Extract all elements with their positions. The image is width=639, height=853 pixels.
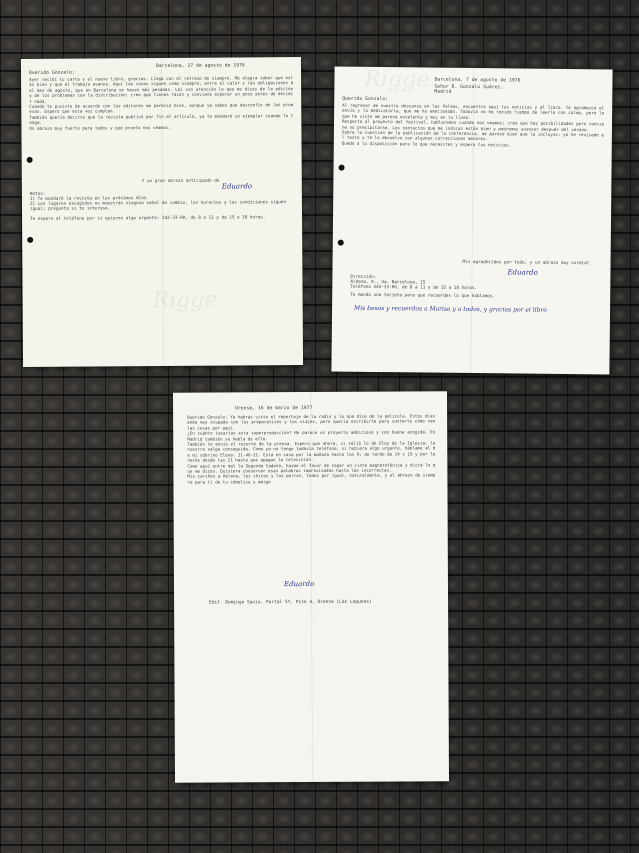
punch-hole	[27, 237, 33, 243]
punch-hole	[339, 165, 345, 171]
letter-date: Barcelona, 7 de agosto de 1976	[434, 78, 520, 84]
letter-closing: Y un gran abrazo anticipado de	[142, 179, 220, 185]
letter-salutation: Querido Gonzalo:	[29, 71, 75, 76]
letter-top-left: Rigge Barcelona, 27 de agosto de 1976 Qu…	[21, 57, 303, 367]
punch-hole	[338, 240, 344, 246]
letter-body: Querido Gonzalo: Ya habrás visto el repo…	[187, 413, 436, 579]
handwritten-signature: Eduardo	[507, 268, 537, 276]
address-line: Teléfono 242-33-00, de 8 a 11 y de 15 a …	[350, 285, 477, 292]
letter-top-right: Rigge Barcelona, 7 de agosto de 1976 Señ…	[331, 67, 612, 375]
punch-hole	[27, 157, 33, 163]
letter-date: Barcelona, 27 de agosto de 1976	[156, 63, 245, 69]
letter-salutation: Querido Gonzalo:	[342, 97, 388, 102]
phone-note: Te espero al teléfono por si quieres alg…	[30, 215, 294, 222]
letter-date: Orense, 16 de marzo de 1977	[235, 406, 312, 411]
letter-body: Ayer recibí tu carta y el nuevo libro, g…	[29, 75, 294, 179]
handwritten-note: Mis besos y recuerdos a Marisa y a todos…	[354, 305, 547, 314]
letter-body: Al regresar de nuestro descanso en las P…	[341, 103, 605, 259]
postscript: Te mando una tarjeta para que recuerdes …	[350, 293, 495, 300]
postscript-item: 2) Los lugares escogidos no muestran nin…	[30, 200, 294, 213]
paper-watermark: Rigge	[153, 288, 218, 313]
handwritten-signature: Eduardo	[284, 580, 314, 588]
letter-closing: Mis agradecidos por todo, y un abrazo mu…	[463, 260, 590, 267]
addressee-city: Madrid	[434, 90, 451, 95]
paper-watermark: Rigge	[364, 67, 429, 93]
handwritten-signature: Eduardo	[222, 182, 252, 190]
footer-address: Edif. Domingo Savio, Portal 5º, Piso 4, …	[209, 600, 372, 606]
letter-bottom: Orense, 16 de marzo de 1977 Querido Gonz…	[173, 391, 449, 782]
